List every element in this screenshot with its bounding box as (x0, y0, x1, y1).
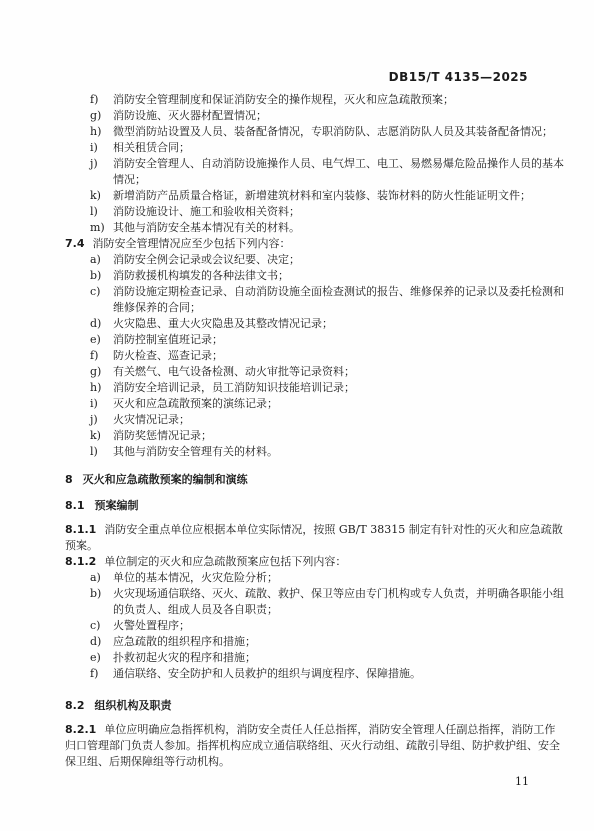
list-item-letter: k) (90, 428, 113, 444)
text-content: 其他与消防安全管理有关的材料。 (113, 445, 278, 458)
text-content: 消防安全管理人、自动消防设施操作人员、电气焊工、电工、易燃易爆危险品操作人员的基… (113, 157, 564, 170)
clause: 8.1.1消防安全重点单位应根据本单位实际情况，按照 GB/T 38315 制定… (65, 522, 584, 554)
text-line: 的负责人、组成人员及各自职责； (65, 602, 584, 618)
text-content: 扑救初起火灾的程序和措施； (113, 651, 256, 664)
text-content: 新增消防产品质量合格证，新增建筑材料和室内装修、装饰材料的防火性能证明文件； (113, 189, 531, 202)
text-content: 维修保养的合同； (113, 301, 201, 314)
text-line: 8.2组织机构及职责 (65, 698, 584, 714)
text-content: 有关燃气、电气设备检测、动火审批等记录资料； (113, 365, 355, 378)
list-item-letter: c) (90, 284, 113, 300)
text-content: 消防设施、灭火器材配置情况； (113, 109, 267, 122)
text-content: 应急疏散的组织程序和措施； (113, 635, 256, 648)
text-content: 消防设施定期检查记录、自动消防设施全面检查测试的报告、维修保养的记录以及委托检测… (113, 285, 564, 298)
text-content: 消防奖惩情况记录； (113, 429, 212, 442)
list-item: b)消防救援机构填发的各种法律文书； (65, 268, 584, 284)
list-item: k)新增消防产品质量合格证，新增建筑材料和室内装修、装饰材料的防火性能证明文件； (65, 188, 584, 204)
text-content: 单位制定的灭火和应急疏散预案应包括下列内容： (104, 555, 346, 568)
text-line: 8.1预案编制 (65, 498, 584, 514)
list-item: l)其他与消防安全管理有关的材料。 (65, 444, 584, 460)
text-line: j)火灾情况记录； (65, 412, 584, 428)
list-item-letter: i) (90, 140, 113, 156)
subsection-heading: 8.2组织机构及职责 (65, 698, 584, 714)
list-item: g)有关燃气、电气设备检测、动火审批等记录资料； (65, 364, 584, 380)
text-line: h)消防安全培训记录，员工消防知识技能培训记录； (65, 380, 584, 396)
clause-number: 7.4 (65, 237, 85, 250)
list-item: f)通信联络、安全防护和人员救护的组织与调度程序、保障措施。 (65, 666, 584, 682)
text-content: 预案。 (65, 539, 98, 552)
text-line: 维修保养的合同； (65, 300, 584, 316)
list-item: e)消防控制室值班记录； (65, 332, 584, 348)
text-line: a)单位的基本情况，火灾危险分析； (65, 570, 584, 586)
text-line: e)扑救初起火灾的程序和措施； (65, 650, 584, 666)
list-item: h)消防安全培训记录，员工消防知识技能培训记录； (65, 380, 584, 396)
list-item: c)火警处置程序； (65, 618, 584, 634)
text-content: 灭火和应急疏散预案的编制和演练 (83, 473, 248, 486)
list-item: i)灭火和应急疏散预案的演练记录； (65, 396, 584, 412)
text-line: 7.4消防安全管理情况应至少包括下列内容： (65, 236, 584, 252)
text-line: a)消防安全例会记录或会议纪要、决定； (65, 252, 584, 268)
list-item-letter: d) (90, 634, 113, 650)
list-item: a)消防安全例会记录或会议纪要、决定； (65, 252, 584, 268)
clause-number: 8.2 (65, 699, 85, 712)
list-item: i)相关租赁合同； (65, 140, 584, 156)
text-line: d)火灾隐患、重大火灾隐患及其整改情况记录； (65, 316, 584, 332)
list-item-letter: l) (90, 204, 113, 220)
text-content: 相关租赁合同； (113, 141, 190, 154)
subsection-heading: 8.1预案编制 (65, 498, 584, 514)
list-item-letter: i) (90, 396, 113, 412)
text-content: 单位应明确应急指挥机构，消防安全责任人任总指挥，消防安全管理人任副总指挥，消防工… (104, 723, 555, 736)
text-content: 消防安全管理制度和保证消防安全的操作规程，灭火和应急疏散预案； (113, 93, 454, 106)
text-content: 单位的基本情况，火灾危险分析； (113, 571, 278, 584)
text-line: h)微型消防站设置及人员、装备配备情况，专职消防队、志愿消防队人员及其装备配备情… (65, 124, 584, 140)
list-item-letter: a) (90, 570, 113, 586)
text-line: l)其他与消防安全管理有关的材料。 (65, 444, 584, 460)
list-item: g)消防设施、灭火器材配置情况； (65, 108, 584, 124)
document-body: f)消防安全管理制度和保证消防安全的操作规程，灭火和应急疏散预案；g)消防设施、… (65, 92, 584, 770)
text-line: 8.1.2单位制定的灭火和应急疏散预案应包括下列内容： (65, 554, 584, 570)
list-item-letter: a) (90, 252, 113, 268)
text-content: 消防控制室值班记录； (113, 333, 223, 346)
text-line: l)消防设施设计、施工和验收相关资料； (65, 204, 584, 220)
clause-number: 8 (65, 473, 73, 486)
text-content: 火警处置程序； (113, 619, 190, 632)
text-line: i)灭火和应急疏散预案的演练记录； (65, 396, 584, 412)
list-item-letter: j) (90, 156, 113, 172)
list-item-letter: b) (90, 268, 113, 284)
list-item: m)其他与消防安全基本情况有关的材料。 (65, 220, 584, 236)
list-item-letter: f) (90, 666, 113, 682)
clause: 8.1.2单位制定的灭火和应急疏散预案应包括下列内容： (65, 554, 584, 570)
list-item-letter: b) (90, 586, 113, 602)
text-line: e)消防控制室值班记录； (65, 332, 584, 348)
text-line: 归口管理部门负责人参加。指挥机构应成立通信联络组、灭火行动组、疏散引导组、防护救… (65, 738, 584, 754)
text-content: 微型消防站设置及人员、装备配备情况，专职消防队、志愿消防队人员及其装备配备情况； (113, 125, 553, 138)
text-content: 火灾现场通信联络、灭火、疏散、救护、保卫等应由专门机构或专人负责，并明确各职能小… (113, 587, 564, 600)
text-line: 保卫组、后期保障组等行动机构。 (65, 754, 584, 770)
list-item-letter: e) (90, 332, 113, 348)
list-item: f)防火检查、巡查记录； (65, 348, 584, 364)
list-item: e)扑救初起火灾的程序和措施； (65, 650, 584, 666)
list-item: d)应急疏散的组织程序和措施； (65, 634, 584, 650)
list-item-letter: c) (90, 618, 113, 634)
clause-number: 8.1 (65, 499, 85, 512)
text-line: f)防火检查、巡查记录； (65, 348, 584, 364)
text-content: 消防设施设计、施工和验收相关资料； (113, 205, 300, 218)
text-line: 8.1.1消防安全重点单位应根据本单位实际情况，按照 GB/T 38315 制定… (65, 522, 584, 538)
list-item: j)火灾情况记录； (65, 412, 584, 428)
text-content: 保卫组、后期保障组等行动机构。 (65, 755, 230, 768)
text-content: 预案编制 (95, 499, 139, 512)
text-content: 其他与消防安全基本情况有关的材料。 (113, 221, 300, 234)
text-line: 8灭火和应急疏散预案的编制和演练 (65, 472, 584, 488)
text-line: k)新增消防产品质量合格证，新增建筑材料和室内装修、装饰材料的防火性能证明文件； (65, 188, 584, 204)
text-content: 消防安全例会记录或会议纪要、决定； (113, 253, 300, 266)
list-item-letter: l) (90, 444, 113, 460)
text-line: c)消防设施定期检查记录、自动消防设施全面检查测试的报告、维修保养的记录以及委托… (65, 284, 584, 300)
text-content: 组织机构及职责 (95, 699, 172, 712)
list-item: d)火灾隐患、重大火灾隐患及其整改情况记录； (65, 316, 584, 332)
text-content: 消防安全管理情况应至少包括下列内容： (93, 237, 291, 250)
clause: 8.2.1单位应明确应急指挥机构，消防安全责任人任总指挥，消防安全管理人任副总指… (65, 722, 584, 770)
text-line: 预案。 (65, 538, 584, 554)
text-line: j)消防安全管理人、自动消防设施操作人员、电气焊工、电工、易燃易爆危险品操作人员… (65, 156, 584, 172)
text-line: b)消防救援机构填发的各种法律文书； (65, 268, 584, 284)
list-item-letter: d) (90, 316, 113, 332)
text-line: i)相关租赁合同； (65, 140, 584, 156)
text-content: 消防救援机构填发的各种法律文书； (113, 269, 289, 282)
list-item: j)消防安全管理人、自动消防设施操作人员、电气焊工、电工、易燃易爆危险品操作人员… (65, 156, 584, 188)
list-item-letter: j) (90, 412, 113, 428)
text-line: f)通信联络、安全防护和人员救护的组织与调度程序、保障措施。 (65, 666, 584, 682)
list-item: c)消防设施定期检查记录、自动消防设施全面检查测试的报告、维修保养的记录以及委托… (65, 284, 584, 316)
text-content: 防火检查、巡查记录； (113, 349, 223, 362)
text-content: 消防安全培训记录，员工消防知识技能培训记录； (113, 381, 355, 394)
list-item-letter: f) (90, 92, 113, 108)
text-content: 火灾情况记录； (113, 413, 190, 426)
list-item: a)单位的基本情况，火灾危险分析； (65, 570, 584, 586)
list-item-letter: k) (90, 188, 113, 204)
clause-number: 8.2.1 (65, 723, 96, 736)
text-line: 8.2.1单位应明确应急指挥机构，消防安全责任人任总指挥，消防安全管理人任副总指… (65, 722, 584, 738)
list-item-letter: h) (90, 124, 113, 140)
text-content: 情况； (113, 173, 146, 186)
list-item-letter: g) (90, 108, 113, 124)
text-content: 消防安全重点单位应根据本单位实际情况，按照 GB/T 38315 制定有针对性的… (104, 523, 562, 536)
list-item-letter: e) (90, 650, 113, 666)
text-line: 情况； (65, 172, 584, 188)
text-content: 火灾隐患、重大火灾隐患及其整改情况记录； (113, 317, 333, 330)
text-line: g)消防设施、灭火器材配置情况； (65, 108, 584, 124)
clause-number: 8.1.2 (65, 555, 96, 568)
text-line: m)其他与消防安全基本情况有关的材料。 (65, 220, 584, 236)
standard-number: DB15/T 4135—2025 (389, 70, 528, 84)
clause: 7.4消防安全管理情况应至少包括下列内容： (65, 236, 584, 252)
text-line: g)有关燃气、电气设备检测、动火审批等记录资料； (65, 364, 584, 380)
list-item-letter: h) (90, 380, 113, 396)
text-content: 通信联络、安全防护和人员救护的组织与调度程序、保障措施。 (113, 667, 421, 680)
list-item: l)消防设施设计、施工和验收相关资料； (65, 204, 584, 220)
list-item-letter: m) (90, 220, 113, 236)
text-line: b)火灾现场通信联络、灭火、疏散、救护、保卫等应由专门机构或专人负责，并明确各职… (65, 586, 584, 602)
text-content: 灭火和应急疏散预案的演练记录； (113, 397, 278, 410)
section-heading: 8灭火和应急疏散预案的编制和演练 (65, 472, 584, 488)
clause-number: 8.1.1 (65, 523, 96, 536)
text-line: k)消防奖惩情况记录； (65, 428, 584, 444)
list-item: k)消防奖惩情况记录； (65, 428, 584, 444)
text-line: d)应急疏散的组织程序和措施； (65, 634, 584, 650)
list-item-letter: g) (90, 364, 113, 380)
list-item: f)消防安全管理制度和保证消防安全的操作规程，灭火和应急疏散预案； (65, 92, 584, 108)
text-content: 归口管理部门负责人参加。指挥机构应成立通信联络组、灭火行动组、疏散引导组、防护救… (65, 739, 560, 752)
page-number: 11 (515, 775, 529, 788)
text-line: c)火警处置程序； (65, 618, 584, 634)
text-content: 的负责人、组成人员及各自职责； (113, 603, 278, 616)
list-item-letter: f) (90, 348, 113, 364)
text-line: f)消防安全管理制度和保证消防安全的操作规程，灭火和应急疏散预案； (65, 92, 584, 108)
list-item: h)微型消防站设置及人员、装备配备情况，专职消防队、志愿消防队人员及其装备配备情… (65, 124, 584, 140)
list-item: b)火灾现场通信联络、灭火、疏散、救护、保卫等应由专门机构或专人负责，并明确各职… (65, 586, 584, 618)
document-page: DB15/T 4135—2025 f)消防安全管理制度和保证消防安全的操作规程，… (0, 0, 594, 831)
